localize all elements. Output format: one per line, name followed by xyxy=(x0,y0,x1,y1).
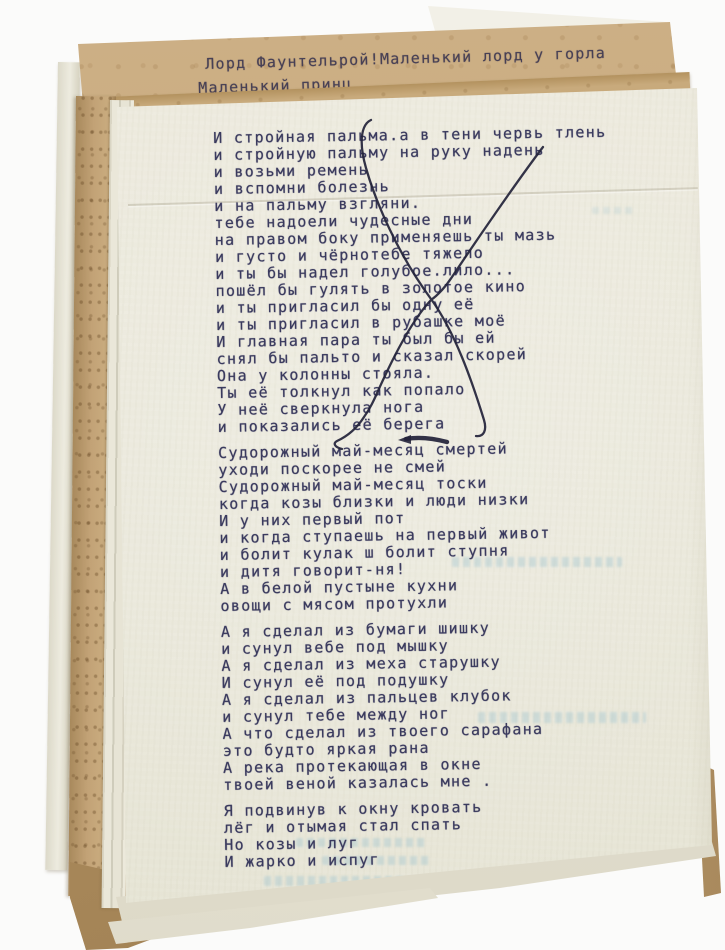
header-typed-line-1: Лорд Фаунтельрой!Маленький лорд у горла xyxy=(205,44,606,73)
poem-line: овощи с мясом протухли xyxy=(220,592,614,615)
photo-of-typewritten-pages: { "photo": { "description": "Photograph … xyxy=(0,0,725,950)
stanza: А я сделал из бумаги шишкуи сунул вебе п… xyxy=(221,618,617,794)
poem: И стройная пальма.а в тени червь тленьи … xyxy=(213,124,618,880)
poem-line: твоей веной казалась мне . xyxy=(223,771,617,794)
poem-line: и показались её берега xyxy=(218,413,612,436)
stanza: Судорожный май-месяц смертейуходи поскор… xyxy=(218,439,614,615)
stanza: И стройная пальма.а в тени червь тленьи … xyxy=(213,124,611,436)
stanza: Я подвинув к окну кроватьлёг и отымая ст… xyxy=(224,797,618,871)
